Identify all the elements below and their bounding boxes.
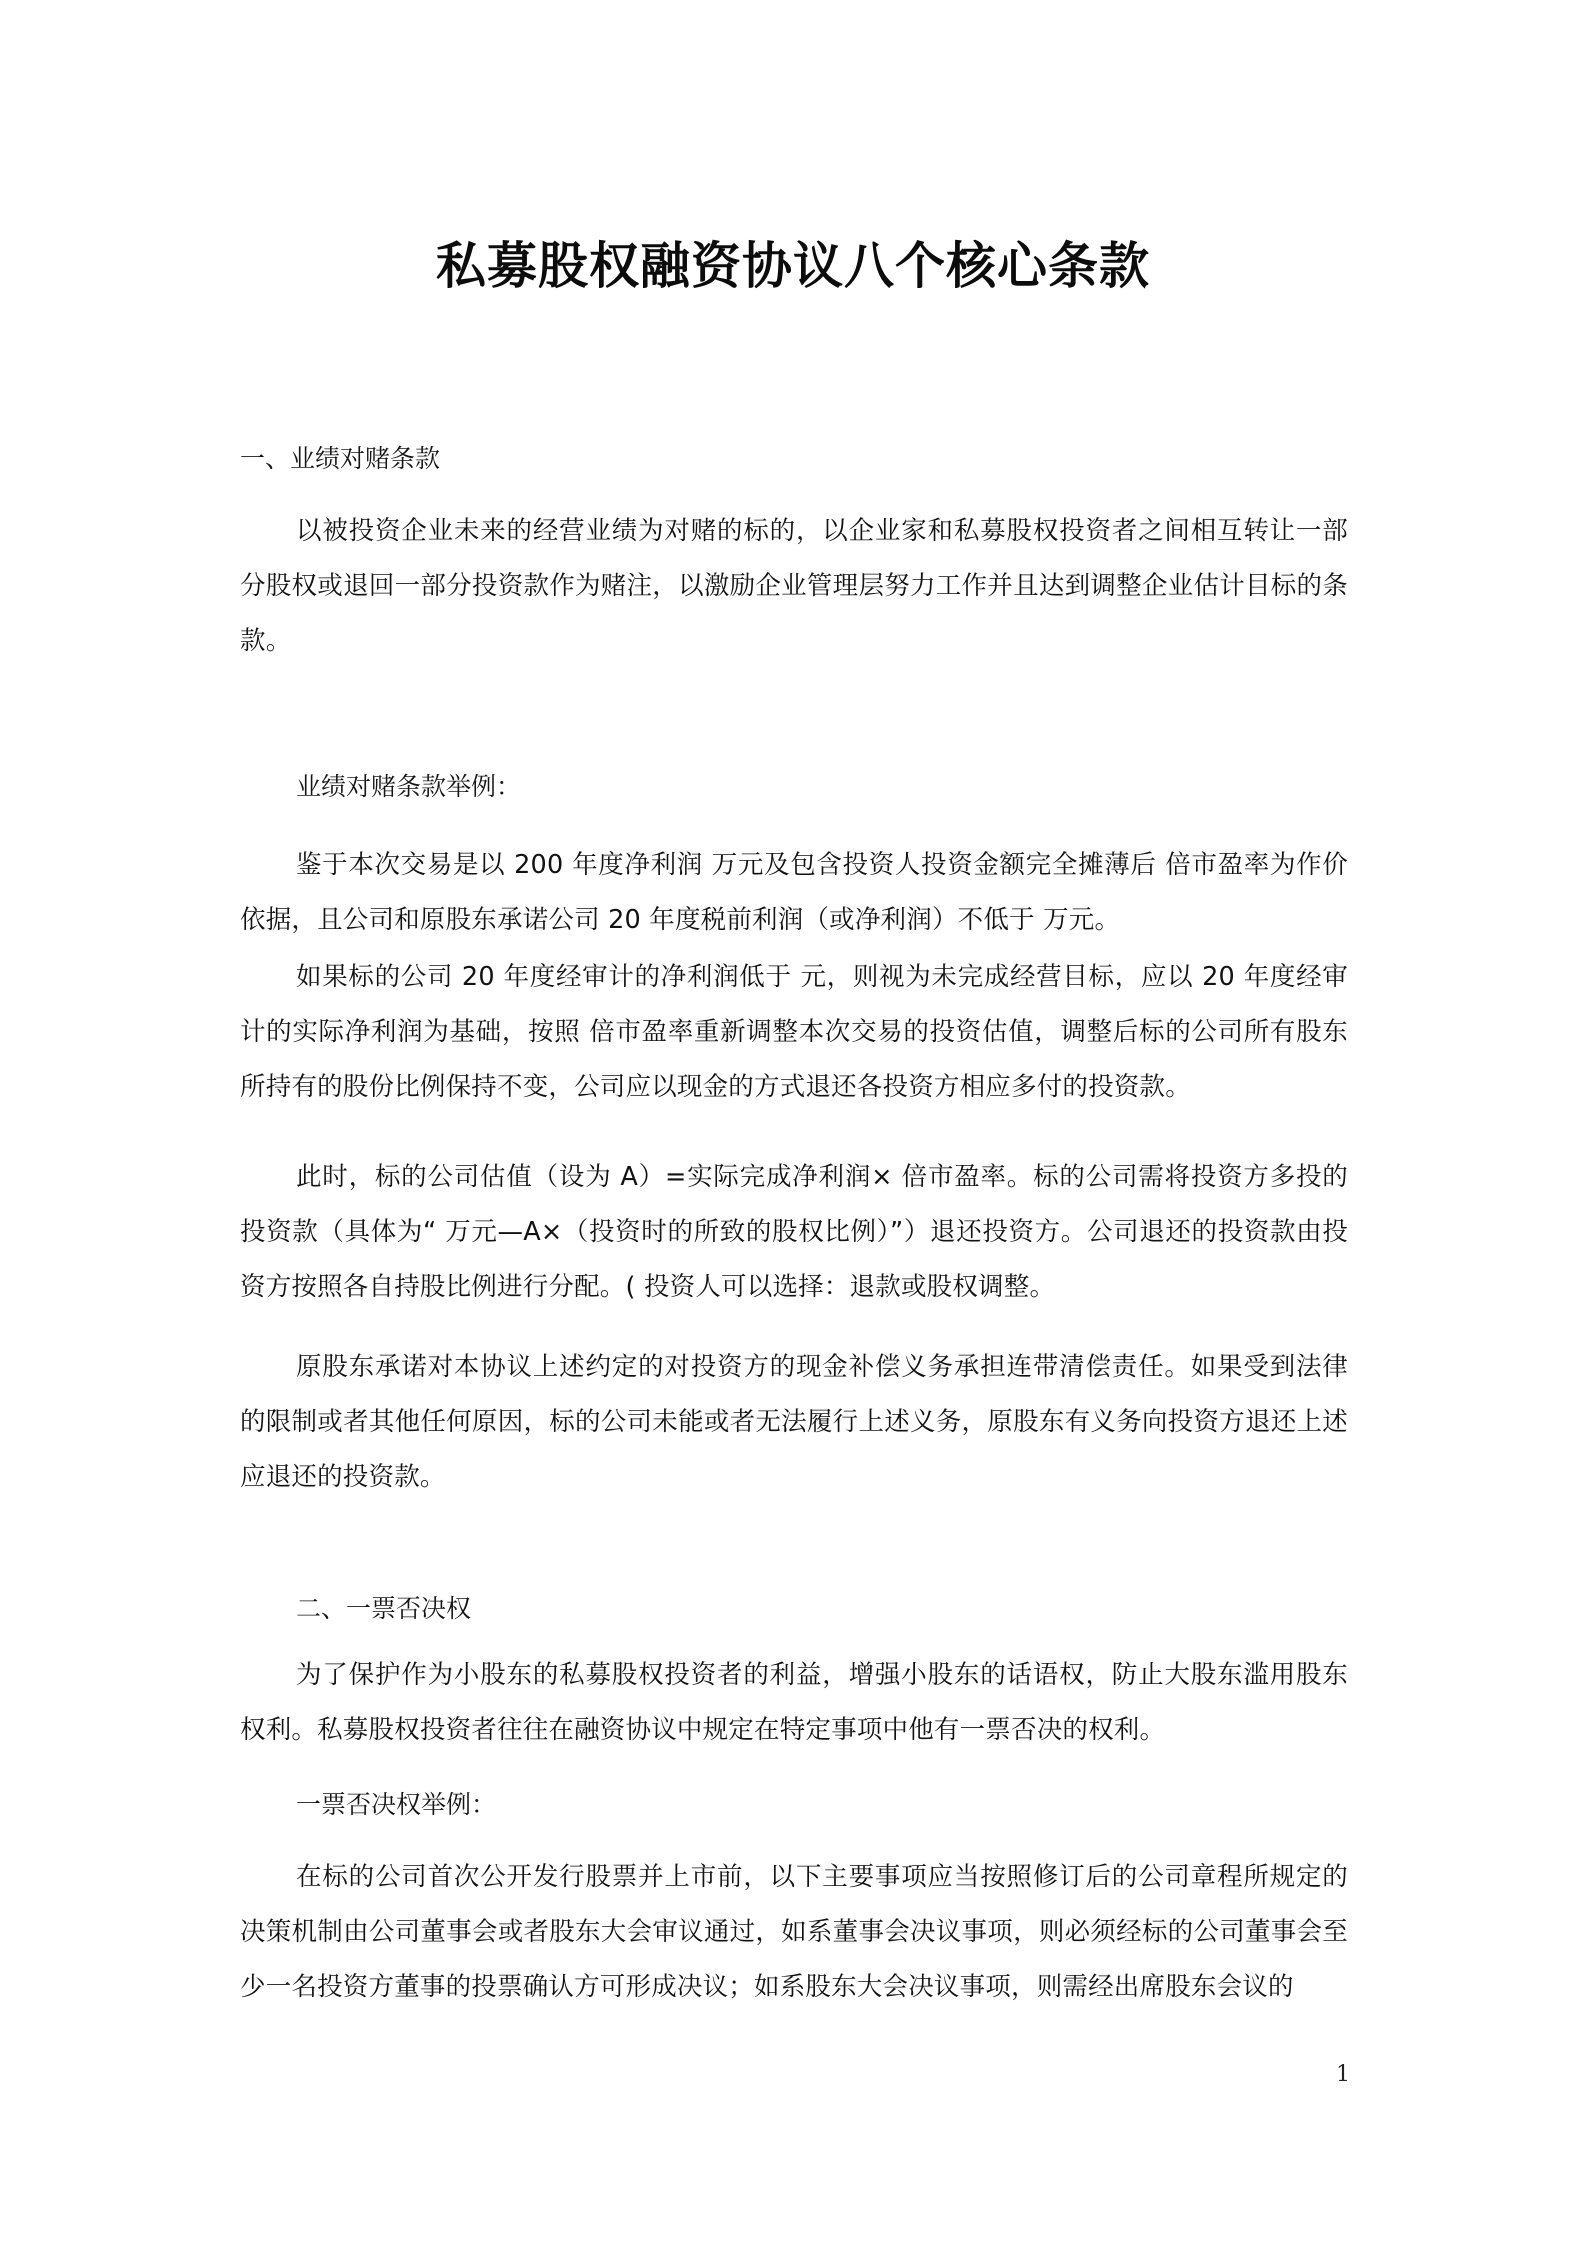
section-1-example-paragraph-2: 如果标的公司 20 年度经审计的净利润低于 元，则视为未完成经营目标，应以 20… — [240, 950, 1348, 1115]
section-2-example-heading: 一票否决权举例： — [296, 1790, 496, 1820]
document-title: 私募股权融资协议八个核心条款 — [0, 236, 1586, 296]
section-1-paragraph: 以被投资企业未来的经营业绩为对赌的标的，以企业家和私募股权投资者之间相互转让一部… — [240, 504, 1348, 669]
section-2-paragraph: 为了保护作为小股东的私募股权投资者的利益，增强小股东的话语权，防止大股东滥用股东… — [240, 1648, 1348, 1758]
page-number: 1 — [1336, 2062, 1350, 2087]
section-1-example-paragraph-3: 此时，标的公司估值（设为 A）=实际完成净利润× 倍市盈率。标的公司需将投资方多… — [240, 1150, 1348, 1315]
section-1-example-heading: 业绩对赌条款举例： — [296, 772, 521, 802]
section-2-example-paragraph-1: 在标的公司首次公开发行股票并上市前，以下主要事项应当按照修订后的公司章程所规定的… — [240, 1850, 1348, 2015]
section-heading-1: 一、业绩对赌条款 — [240, 444, 440, 474]
section-heading-2: 二、一票否决权 — [296, 1594, 471, 1624]
section-1-example-paragraph-1: 鉴于本次交易是以 200 年度净利润 万元及包含投资人投资金额完全摊薄后 倍市盈… — [240, 838, 1348, 948]
section-1-example-paragraph-4: 原股东承诺对本协议上述约定的对投资方的现金补偿义务承担连带清偿责任。如果受到法律… — [240, 1340, 1348, 1505]
document-page: 私募股权融资协议八个核心条款 一、业绩对赌条款 以被投资企业未来的经营业绩为对赌… — [0, 0, 1586, 2244]
